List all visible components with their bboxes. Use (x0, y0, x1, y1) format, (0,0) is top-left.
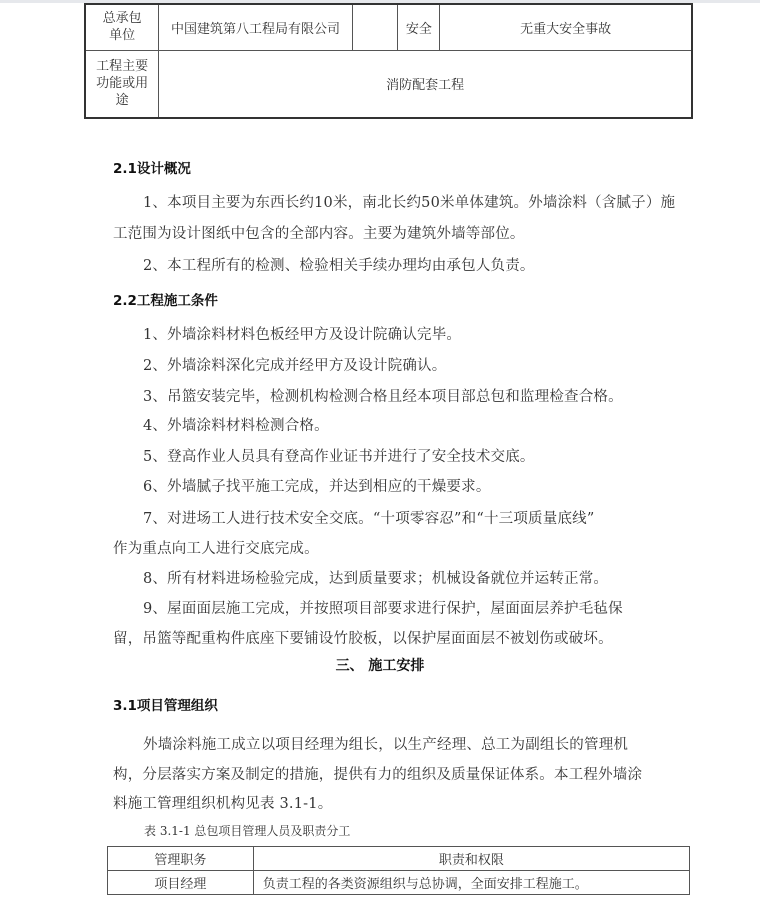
list-item: 4、外墙涂料材料检测合格。 (113, 414, 683, 435)
management-duties-table: 管理职务 职责和权限 项目经理 负责工程的各类资源组织与总协调，全面安排工程施工… (107, 846, 690, 895)
paragraph-line: 工范围为设计图纸中包含的全部内容。主要为建筑外墙等部位。 (113, 222, 653, 243)
main-function-value: 消防配套工程 (159, 50, 692, 118)
main-function-label: 工程主要 功能或用 途 (85, 50, 159, 118)
label-line: 总承包 (86, 10, 158, 27)
contractor-name: 中国建筑第八工程局有限公司 (159, 4, 352, 50)
section-2-1-heading: 2.1设计概况 (113, 157, 191, 177)
safety-label: 安全 (398, 4, 440, 50)
label-line: 功能或用 (86, 75, 158, 92)
list-item: 7、对进场工人进行技术安全交底。“十项零容忍”和“十三项质量底线” (113, 507, 683, 528)
table-row: 项目经理 负责工程的各类资源组织与总协调，全面安排工程施工。 (108, 871, 690, 895)
table-cell: 项目经理 (108, 871, 254, 895)
list-item-continuation: 留，吊篮等配重构件底座下要铺设竹胶板，以保护屋面面层不被划伤或破坏。 (113, 627, 653, 648)
list-item: 5、登高作业人员具有登高作业证书并进行了安全技术交底。 (113, 445, 683, 466)
list-item: 9、屋面面层施工完成，并按照项目部要求进行保护，屋面面层养护毛毡保 (113, 597, 683, 618)
paragraph-line: 1、本项目主要为东西长约10米，南北长约50米单体建筑。外墙涂料（含腻子）施 (113, 191, 683, 212)
paragraph-line: 2、本工程所有的检测、检验相关手续办理均由承包人负责。 (113, 254, 683, 275)
section-2-2-heading: 2.2工程施工条件 (113, 289, 218, 309)
list-item: 6、外墙腻子找平施工完成，并达到相应的干燥要求。 (113, 475, 683, 496)
table-cell: 负责工程的各类资源组织与总协调，全面安排工程施工。 (253, 871, 689, 895)
column-header: 职责和权限 (253, 847, 689, 871)
paragraph-line: 外墙涂料施工成立以项目经理为组长，以生产经理、总工为副组长的管理机 (113, 733, 683, 754)
label-line: 工程主要 (86, 58, 158, 75)
list-item: 1、外墙涂料材料色板经甲方及设计院确认完毕。 (113, 323, 683, 344)
label-line: 单位 (86, 27, 158, 44)
column-header: 管理职务 (108, 847, 254, 871)
list-item: 2、外墙涂料深化完成并经甲方及设计院确认。 (113, 354, 683, 375)
list-item: 3、吊篮安装完毕，检测机构检测合格且经本项目部总包和监理检查合格。 (113, 385, 683, 406)
label-line: 途 (86, 92, 158, 109)
general-contractor-label: 总承包 单位 (85, 4, 159, 50)
table-row: 工程主要 功能或用 途 消防配套工程 (85, 50, 692, 118)
safety-value: 无重大安全事故 (440, 4, 692, 50)
table-caption: 表 3.1-1 总包项目管理人员及职责分工 (144, 822, 350, 839)
paragraph-line: 构，分层落实方案及制定的措施，提供有力的组织及质量保证体系。本工程外墙涂 (113, 763, 653, 784)
list-item: 8、所有材料进场检验完成，达到质量要求；机械设备就位并运转正常。 (113, 567, 683, 588)
project-info-table: 总承包 单位 中国建筑第八工程局有限公司 安全 无重大安全事故 工程主要 功能或… (84, 3, 693, 119)
blank-cell (352, 4, 398, 50)
section-3-1-heading: 3.1项目管理组织 (113, 694, 218, 714)
paragraph-line: 料施工管理组织机构见表 3.1-1。 (113, 792, 653, 813)
table-header-row: 管理职务 职责和权限 (108, 847, 690, 871)
list-item-continuation: 作为重点向工人进行交底完成。 (113, 537, 653, 558)
table-row: 总承包 单位 中国建筑第八工程局有限公司 安全 无重大安全事故 (85, 4, 692, 50)
chapter-3-heading: 三、 施工安排 (0, 655, 760, 675)
